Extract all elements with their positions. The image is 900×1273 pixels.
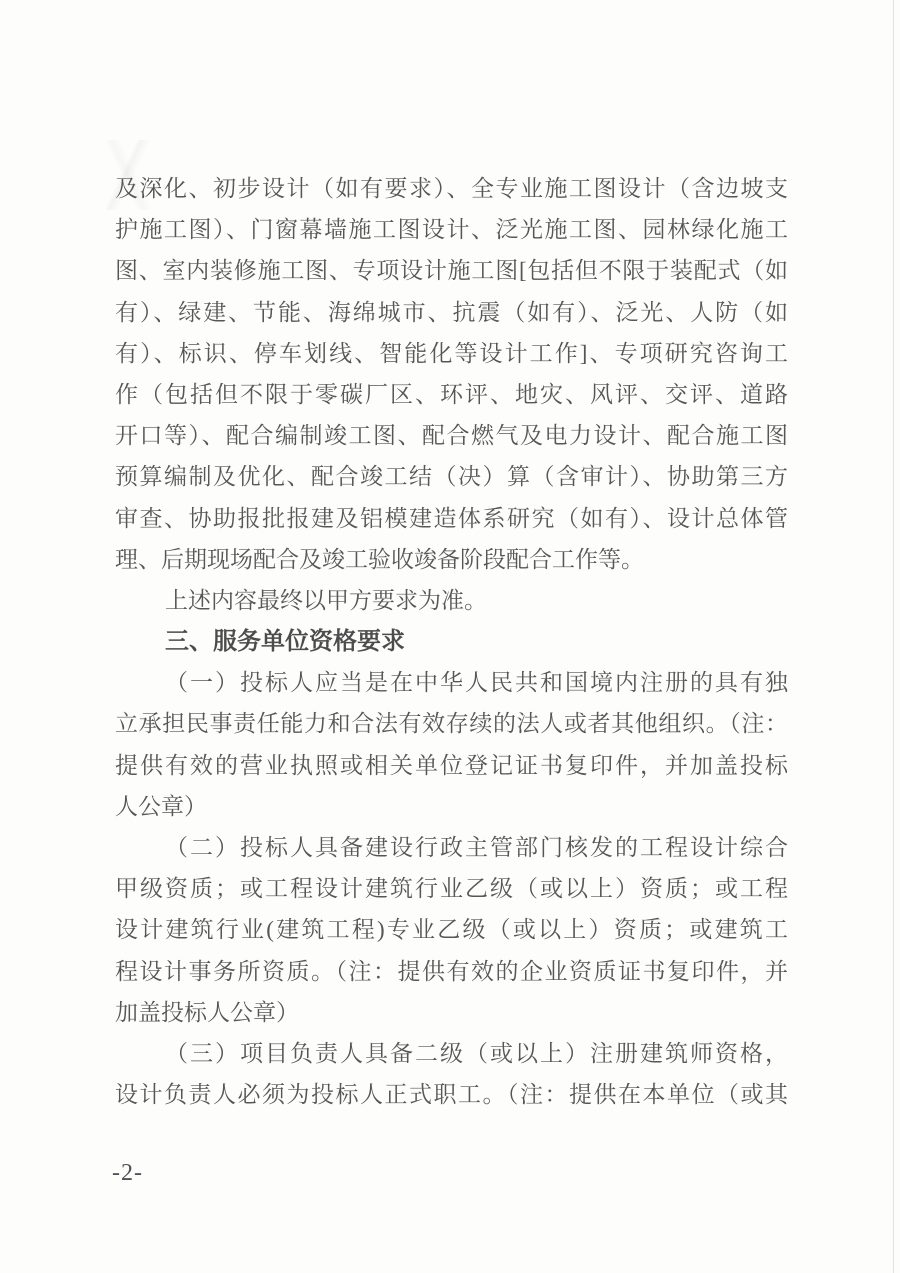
text-line: 人公章）	[115, 786, 788, 827]
text-line: 程设计事务所资质。（注：提供有效的企业资质证书复印件，并	[115, 951, 788, 992]
text-line: 审查、协助报批报建及铝模建造体系研究（如有）、设计总体管	[115, 498, 788, 539]
text-line: 设计建筑行业(建筑工程)专业乙级（或以上）资质；或建筑工	[115, 909, 788, 950]
text-line: 开口等）、配合编制竣工图、配合燃气及电力设计、配合施工图	[115, 415, 788, 456]
text-line: （二）投标人具备建设行政主管部门核发的工程设计综合	[115, 827, 788, 868]
text-line: 有）、绿建、节能、海绵城市、抗震（如有）、泛光、人防（如	[115, 292, 788, 333]
section-heading: 三、服务单位资格要求	[115, 621, 788, 662]
text-line: 有）、标识、停车划线、智能化等设计工作]、专项研究咨询工	[115, 333, 788, 374]
text-line: 图、室内装修施工图、专项设计施工图[包括但不限于装配式（如	[115, 250, 788, 291]
text-line: 理、后期现场配合及竣工验收竣备阶段配合工作等。	[115, 539, 788, 580]
text-line: 上述内容最终以甲方要求为准。	[115, 580, 788, 621]
text-line: 及深化、初步设计（如有要求）、全专业施工图设计（含边坡支	[115, 168, 788, 209]
text-line: 加盖投标人公章）	[115, 992, 788, 1033]
text-line: 护施工图）、门窗幕墙施工图设计、泛光施工图、园林绿化施工	[115, 209, 788, 250]
text-line: 立承担民事责任能力和合法有效存续的法人或者其他组织。（注：	[115, 703, 788, 744]
text-line: 设计负责人必须为投标人正式职工。（注：提供在本单位（或其	[115, 1074, 788, 1115]
text-line: 预算编制及优化、配合竣工结（决）算（含审计）、协助第三方	[115, 456, 788, 497]
text-line: 提供有效的营业执照或相关单位登记证书复印件，并加盖投标	[115, 745, 788, 786]
scan-edge-line	[893, 0, 894, 1273]
text-line: 甲级资质；或工程设计建筑行业乙级（或以上）资质；或工程	[115, 868, 788, 909]
text-line: （一）投标人应当是在中华人民共和国境内注册的具有独	[115, 662, 788, 703]
text-line: 作（包括但不限于零碳厂区、环评、地灾、风评、交评、道路	[115, 374, 788, 415]
scanned-document-page: 及深化、初步设计（如有要求）、全专业施工图设计（含边坡支护施工图）、门窗幕墙施工…	[0, 0, 900, 1273]
text-line: （三）项目负责人具备二级（或以上）注册建筑师资格，	[115, 1033, 788, 1074]
page-number: -2-	[112, 1160, 143, 1187]
document-text-block: 及深化、初步设计（如有要求）、全专业施工图设计（含边坡支护施工图）、门窗幕墙施工…	[115, 168, 788, 1115]
